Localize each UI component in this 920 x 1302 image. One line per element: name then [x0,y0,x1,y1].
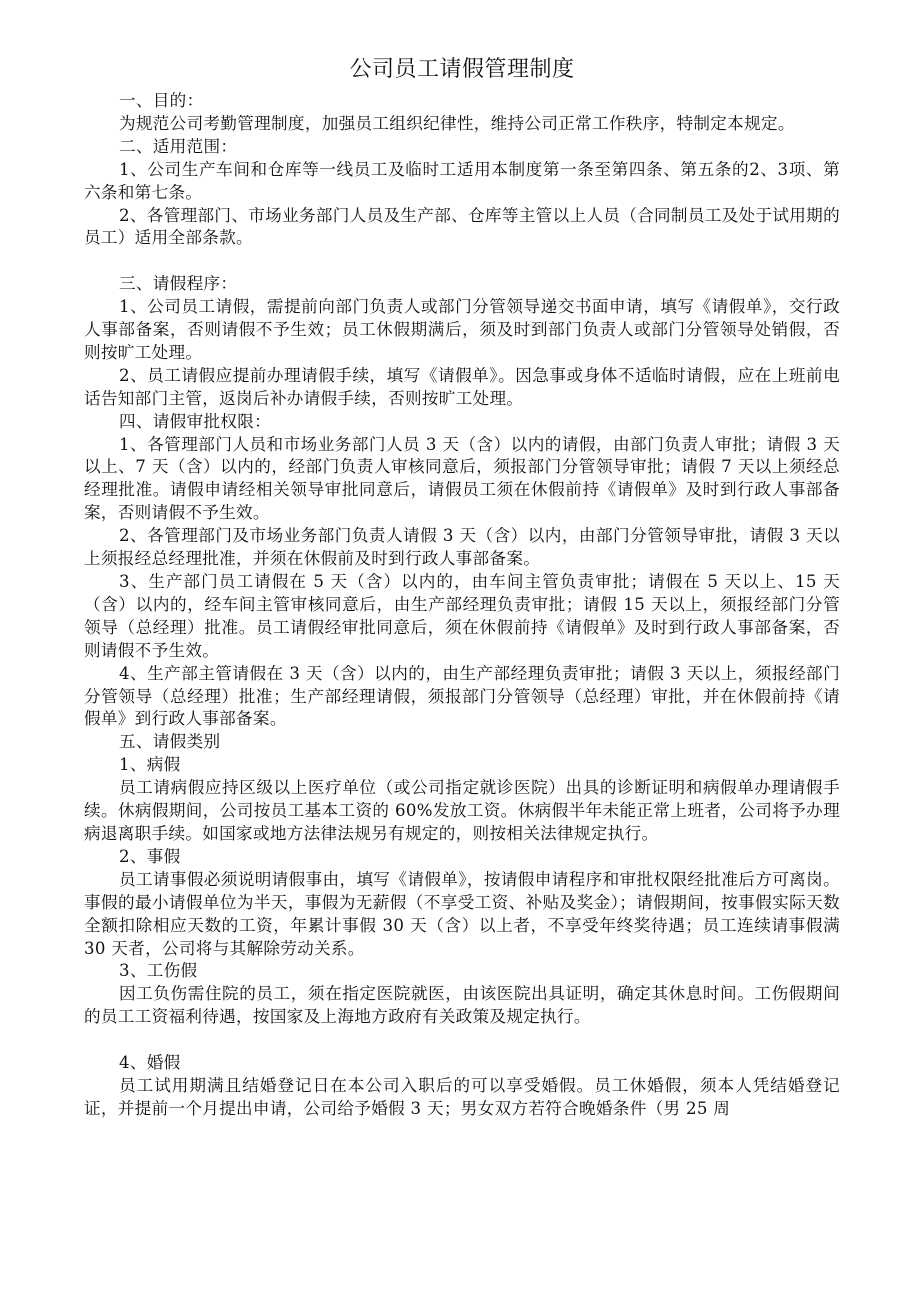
section-heading-approval: 四、请假审批权限： [84,411,840,434]
section-heading-leave-types: 五、请假类别 [84,731,840,754]
subheading-sick-leave: 1、病假 [84,754,840,777]
subheading-marriage-leave: 4、婚假 [84,1052,840,1075]
paragraph-personal-leave: 员工请事假必须说明请假事由，填写《请假单》，按请假申请程序和审批权限经批准后方可… [84,869,840,961]
paragraph-injury-leave: 因工负伤需住院的员工，须在指定医院就医，由该医院出具证明，确定其休息时间。工伤假… [84,983,840,1029]
paragraph-procedure-2: 2、员工请假应提前办理请假手续，填写《请假单》。因急事或身体不适临时请假，应在上… [84,365,840,411]
paragraph-procedure-1: 1、公司员工请假，需提前向部门负责人或部门分管领导递交书面申请，填写《请假单》，… [84,296,840,365]
subheading-injury-leave: 3、工伤假 [84,960,840,983]
paragraph-marriage-leave: 员工试用期满且结婚登记日在本公司入职后的可以享受婚假。员工休婚假，须本人凭结婚登… [84,1075,840,1121]
subheading-personal-leave: 2、事假 [84,846,840,869]
section-heading-scope: 二、适用范围： [84,136,840,159]
paragraph-approval-1: 1、各管理部门人员和市场业务部门人员 3 天（含）以内的请假，由部门负责人审批；… [84,434,840,526]
blank-line [84,1029,840,1052]
section-heading-purpose: 一、目的： [84,90,840,113]
paragraph-approval-4: 4、生产部主管请假在 3 天（含）以内的，由生产部经理负责审批；请假 3 天以上… [84,663,840,732]
paragraph-scope-1: 1、公司生产车间和仓库等一线员工及临时工适用本制度第一条至第四条、第五条的2、3… [84,159,840,205]
paragraph-approval-2: 2、各管理部门及市场业务部门负责人请假 3 天（含）以内，由部门分管领导审批，请… [84,525,840,571]
blank-line [84,250,840,273]
paragraph-approval-3: 3、生产部门员工请假在 5 天（含）以内的，由车间主管负责审批；请假在 5 天以… [84,571,840,663]
paragraph-purpose: 为规范公司考勤管理制度，加强员工组织纪律性，维持公司正常工作秩序，特制定本规定。 [84,113,840,136]
document-page: 公司员工请假管理制度 一、目的： 为规范公司考勤管理制度，加强员工组织纪律性，维… [84,54,840,1121]
paragraph-scope-2: 2、各管理部门、市场业务部门人员及生产部、仓库等主管以上人员（合同制员工及处于试… [84,205,840,251]
paragraph-sick-leave: 员工请病假应持区级以上医疗单位（或公司指定就诊医院）出具的诊断证明和病假单办理请… [84,777,840,846]
document-title: 公司员工请假管理制度 [84,54,840,86]
section-heading-procedure: 三、请假程序： [84,273,840,296]
document-body: 一、目的： 为规范公司考勤管理制度，加强员工组织纪律性，维持公司正常工作秩序，特… [84,90,840,1121]
